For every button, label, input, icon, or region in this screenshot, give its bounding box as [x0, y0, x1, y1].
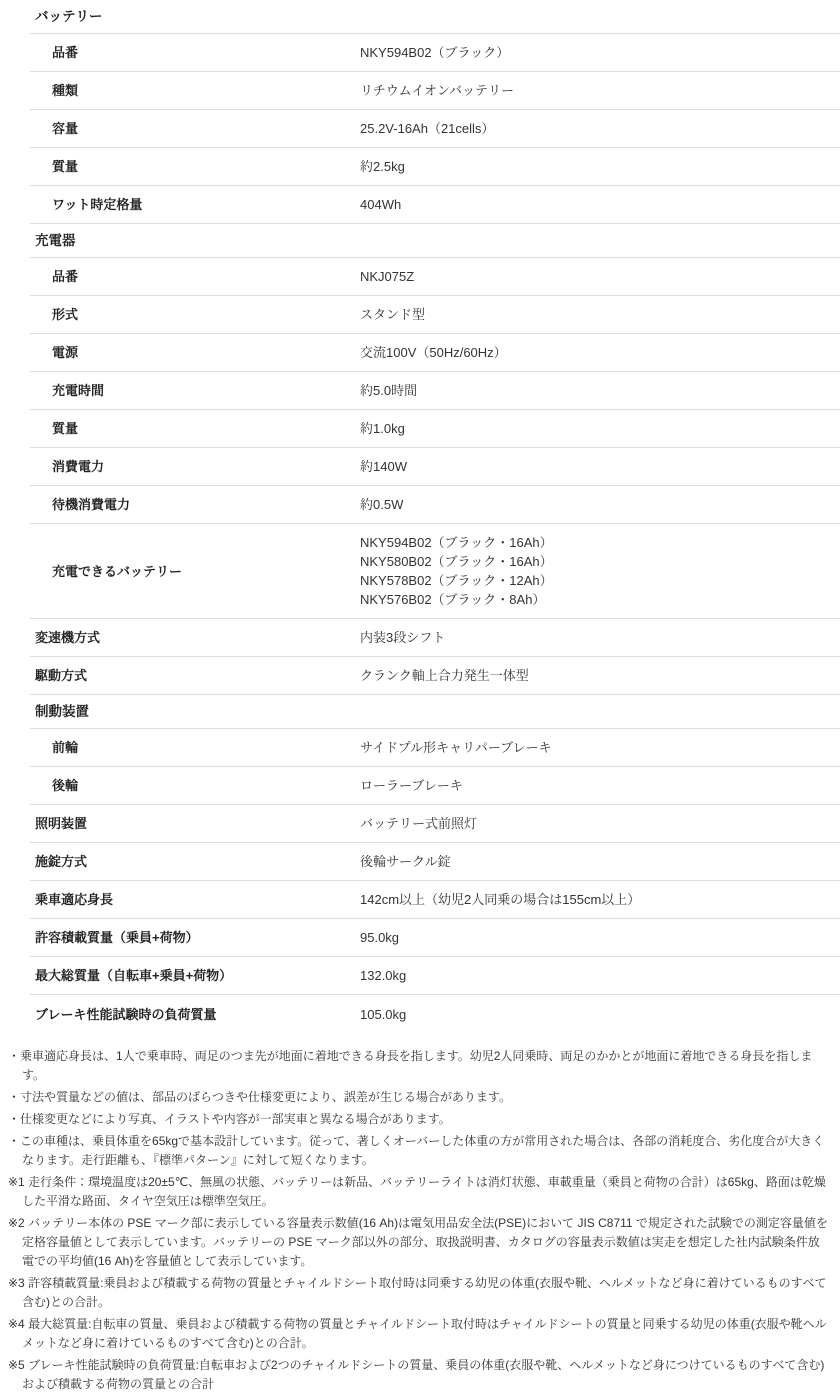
- spec-label: 種類: [30, 81, 360, 100]
- footnote-marker: ・: [8, 1134, 20, 1148]
- spec-page: バッテリー品番NKY594B02（ブラック）種類リチウムイオンバッテリー容量25…: [0, 0, 840, 1397]
- spec-value: 95.0kg: [360, 928, 840, 947]
- footnote-marker: ※5: [8, 1358, 25, 1372]
- spec-value: 142cm以上（幼児2人同乗の場合は155cm以上）: [360, 890, 840, 909]
- footnote-marker: ・: [8, 1090, 20, 1104]
- spec-row: ブレーキ性能試験時の負荷質量105.0kg: [30, 995, 840, 1033]
- spec-row: 品番NKY594B02（ブラック）: [30, 34, 840, 72]
- footnote-text: バッテリー本体の PSE マーク部に表示している容量表示数値(16 Ah)は電気…: [22, 1216, 828, 1268]
- spec-label: 形式: [30, 305, 360, 324]
- spec-label: 後輪: [30, 776, 360, 795]
- spec-value-line: NKY580B02（ブラック・16Ah）: [360, 552, 840, 571]
- section-header-row: 制動装置: [30, 695, 840, 729]
- section-header-row: バッテリー: [30, 0, 840, 34]
- spec-value: ローラーブレーキ: [360, 776, 840, 795]
- footnote: ※3 許容積載質量:乗員および積載する荷物の質量とチャイルドシート取付時は同乗す…: [3, 1274, 830, 1312]
- spec-value: バッテリー式前照灯: [360, 814, 840, 833]
- spec-row: 充電できるバッテリーNKY594B02（ブラック・16Ah）NKY580B02（…: [30, 524, 840, 619]
- section-title: 制動装置: [30, 704, 89, 719]
- spec-label: 容量: [30, 119, 360, 138]
- footnote-text: 乗車適応身長は、1人で乗車時、両足のつま先が地面に着地できる身長を指します。幼児…: [20, 1049, 812, 1082]
- footnote-marker: ※2: [8, 1216, 25, 1230]
- footnote-text: 仕様変更などにより写真、イラストや内容が一部実車と異なる場合があります。: [20, 1112, 451, 1126]
- spec-label: 乗車適応身長: [30, 890, 360, 909]
- spec-row: ワット時定格量404Wh: [30, 186, 840, 224]
- spec-row: 消費電力約140W: [30, 448, 840, 486]
- spec-row: 前輪サイドプル形キャリパーブレーキ: [30, 729, 840, 767]
- footnote-text: この車種は、乗員体重を65kgで基本設計しています。従って、著しくオーバーした体…: [20, 1134, 824, 1167]
- spec-row: 最大総質量（自転車+乗員+荷物）132.0kg: [30, 957, 840, 995]
- section-header-row: 充電器: [30, 224, 840, 258]
- footnote-text: 許容積載質量:乗員および積載する荷物の質量とチャイルドシート取付時は同乗する幼児…: [22, 1276, 826, 1309]
- footnote: ・寸法や質量などの値は、部品のばらつきや仕様変更により、誤差が生じる場合がありま…: [3, 1088, 830, 1107]
- footnote: ※4 最大総質量:自転車の質量、乗員および積載する荷物の質量とチャイルドシート取…: [3, 1315, 830, 1353]
- spec-label: 駆動方式: [30, 666, 360, 685]
- spec-row: 変速機方式内装3段シフト: [30, 619, 840, 657]
- spec-row: 容量25.2V-16Ah（21cells）: [30, 110, 840, 148]
- spec-label: ブレーキ性能試験時の負荷質量: [30, 1005, 360, 1024]
- spec-row: 乗車適応身長142cm以上（幼児2人同乗の場合は155cm以上）: [30, 881, 840, 919]
- spec-row: 駆動方式クランク軸上合力発生一体型: [30, 657, 840, 695]
- footnote-marker: ・: [8, 1049, 20, 1063]
- spec-label: 前輪: [30, 738, 360, 757]
- spec-value: 交流100V（50Hz/60Hz）: [360, 343, 840, 362]
- spec-label: 充電できるバッテリー: [30, 562, 360, 581]
- spec-label: 消費電力: [30, 457, 360, 476]
- spec-value: 約140W: [360, 457, 840, 476]
- spec-label: 変速機方式: [30, 628, 360, 647]
- spec-label: 電源: [30, 343, 360, 362]
- footnote-marker: ※3: [8, 1276, 25, 1290]
- spec-label: 質量: [30, 419, 360, 438]
- spec-row: 形式スタンド型: [30, 296, 840, 334]
- spec-value: 約5.0時間: [360, 381, 840, 400]
- spec-table: バッテリー品番NKY594B02（ブラック）種類リチウムイオンバッテリー容量25…: [30, 0, 840, 1033]
- spec-row: 質量約2.5kg: [30, 148, 840, 186]
- footnote-text: 走行条件：環境温度は20±5℃、無風の状態、バッテリーは新品、バッテリーライトは…: [22, 1175, 826, 1208]
- spec-row: 種類リチウムイオンバッテリー: [30, 72, 840, 110]
- spec-label: 品番: [30, 267, 360, 286]
- spec-row: 質量約1.0kg: [30, 410, 840, 448]
- spec-value: 132.0kg: [360, 966, 840, 985]
- spec-row: 電源交流100V（50Hz/60Hz）: [30, 334, 840, 372]
- spec-label: 施錠方式: [30, 852, 360, 871]
- spec-value: 内装3段シフト: [360, 628, 840, 647]
- spec-value: クランク軸上合力発生一体型: [360, 666, 840, 685]
- spec-label: 品番: [30, 43, 360, 62]
- footnote: ※2 バッテリー本体の PSE マーク部に表示している容量表示数値(16 Ah)…: [3, 1214, 830, 1271]
- spec-row: 待機消費電力約0.5W: [30, 486, 840, 524]
- spec-row: 照明装置バッテリー式前照灯: [30, 805, 840, 843]
- footnote-marker: ※4: [8, 1317, 25, 1331]
- spec-value: 約0.5W: [360, 495, 840, 514]
- footnote: ・この車種は、乗員体重を65kgで基本設計しています。従って、著しくオーバーした…: [3, 1132, 830, 1170]
- footnote: ・仕様変更などにより写真、イラストや内容が一部実車と異なる場合があります。: [3, 1110, 830, 1129]
- notes-list: ・乗車適応身長は、1人で乗車時、両足のつま先が地面に着地できる身長を指します。幼…: [3, 1047, 830, 1394]
- spec-value: 105.0kg: [360, 1005, 840, 1024]
- spec-value: 約1.0kg: [360, 419, 840, 438]
- spec-value: NKJ075Z: [360, 267, 840, 286]
- spec-value: NKY594B02（ブラック・16Ah）NKY580B02（ブラック・16Ah）…: [360, 533, 840, 609]
- spec-value: リチウムイオンバッテリー: [360, 81, 840, 100]
- spec-label: 質量: [30, 157, 360, 176]
- spec-label: ワット時定格量: [30, 195, 360, 214]
- spec-value-line: NKY594B02（ブラック・16Ah）: [360, 533, 840, 552]
- spec-value: 25.2V-16Ah（21cells）: [360, 119, 840, 138]
- footnote-marker: ・: [8, 1112, 20, 1126]
- spec-row: 品番NKJ075Z: [30, 258, 840, 296]
- spec-label: 最大総質量（自転車+乗員+荷物）: [30, 966, 360, 985]
- spec-value: 約2.5kg: [360, 157, 840, 176]
- spec-value: 後輪サークル錠: [360, 852, 840, 871]
- spec-value: スタンド型: [360, 305, 840, 324]
- spec-value: NKY594B02（ブラック）: [360, 43, 840, 62]
- footnote: ※5 ブレーキ性能試験時の負荷質量:自転車および2つのチャイルドシートの質量、乗…: [3, 1356, 830, 1394]
- spec-row: 許容積載質量（乗員+荷物）95.0kg: [30, 919, 840, 957]
- footnote-text: ブレーキ性能試験時の負荷質量:自転車および2つのチャイルドシートの質量、乗員の体…: [22, 1358, 824, 1391]
- spec-value: サイドプル形キャリパーブレーキ: [360, 738, 840, 757]
- spec-label: 許容積載質量（乗員+荷物）: [30, 928, 360, 947]
- section-title: バッテリー: [30, 9, 103, 24]
- spec-label: 待機消費電力: [30, 495, 360, 514]
- spec-value-line: NKY578B02（ブラック・12Ah）: [360, 571, 840, 590]
- section-title: 充電器: [30, 233, 76, 248]
- footnote-text: 寸法や質量などの値は、部品のばらつきや仕様変更により、誤差が生じる場合があります…: [20, 1090, 511, 1104]
- spec-row: 施錠方式後輪サークル錠: [30, 843, 840, 881]
- footnote: ・乗車適応身長は、1人で乗車時、両足のつま先が地面に着地できる身長を指します。幼…: [3, 1047, 830, 1085]
- spec-label: 照明装置: [30, 814, 360, 833]
- spec-value-line: NKY576B02（ブラック・8Ah）: [360, 590, 840, 609]
- spec-value: 404Wh: [360, 195, 840, 214]
- spec-row: 後輪ローラーブレーキ: [30, 767, 840, 805]
- footnote-marker: ※1: [8, 1175, 25, 1189]
- footnote-text: 最大総質量:自転車の質量、乗員および積載する荷物の質量とチャイルドシート取付時は…: [22, 1317, 827, 1350]
- spec-row: 充電時間約5.0時間: [30, 372, 840, 410]
- footnote: ※1 走行条件：環境温度は20±5℃、無風の状態、バッテリーは新品、バッテリーラ…: [3, 1173, 830, 1211]
- spec-label: 充電時間: [30, 381, 360, 400]
